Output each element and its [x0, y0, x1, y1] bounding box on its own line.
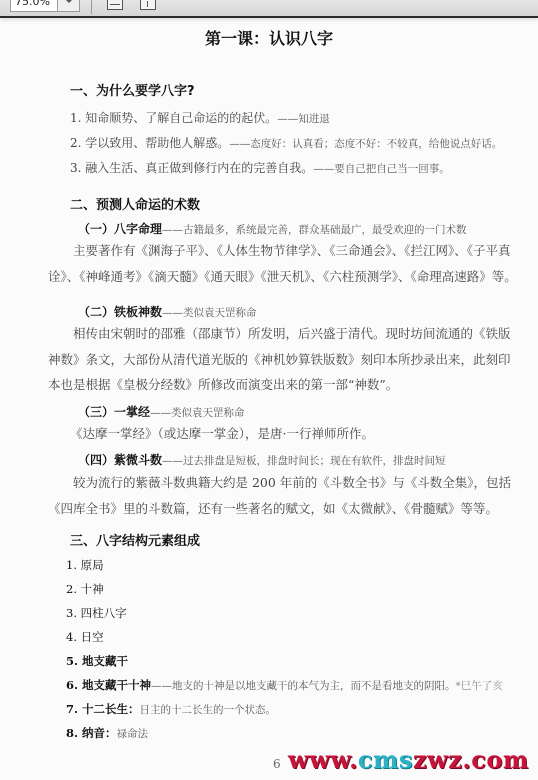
element-item-1: 1. 原局	[66, 557, 104, 573]
subsection-name: （四）紫微斗数	[78, 453, 162, 467]
element-label: 4. 日空	[66, 630, 104, 644]
subsection-body-2: 相传由宋朝时的邵雅（邵康节）所发明，后兴盛于清代。现时坊间流通的《铁版神数》条文…	[48, 321, 522, 398]
subsection-name: （三）一掌经	[78, 405, 150, 419]
element-label: 6. 地支藏干十神	[66, 678, 151, 692]
element-label: 8. 纳音：	[66, 726, 117, 740]
element-label: 7. 十二长生：	[66, 702, 140, 716]
fit-width-icon[interactable]	[107, 0, 123, 10]
fit-page-icon[interactable]	[140, 0, 156, 10]
element-label: 1. 原局	[66, 558, 104, 572]
page-number: 6	[273, 757, 281, 771]
element-desc: 禄命法	[117, 728, 149, 740]
reason-text: 1. 知命顺势、了解自己命运的的起伏。	[70, 111, 277, 125]
element-item-3: 3. 四柱八字	[66, 605, 127, 621]
element-label: 2. 十神	[66, 582, 104, 596]
element-desc: 日主的十二长生的一个状态。	[140, 704, 277, 716]
reason-note: ——态度好：认真看；态度不好：不较真，给他说点好话。	[229, 138, 502, 150]
pdf-toolbar: 75.0%	[0, 0, 538, 18]
subsection-body-1: 主要著作有《渊海子平》、《人体生物节律学》、《三命通会》、《拦江网》、《子平真诠…	[48, 238, 522, 289]
subsection-note: ——古籍最多，系统最完善，群众基础最广，最受欢迎的一门术数	[162, 224, 467, 236]
element-desc-faint: *巳午了亥	[456, 680, 503, 692]
reason-text: 3. 融入生活、真正做到修行内在的完善自我。	[70, 161, 313, 175]
section-heading-3: 三、八字结构元素组成	[70, 530, 200, 549]
page-title: 第一课：认识八字	[0, 26, 538, 49]
watermark-suffix: zwz.com	[413, 745, 529, 774]
subsection-body-4: 较为流行的紫薇斗数典籍大约是 200 年前的《斗数全书》与《斗数全集》，包括《四…	[48, 470, 522, 521]
toolbar-separator	[91, 0, 92, 14]
subsection-body-3: 《达摩一掌经》（或达摩一掌金），是唐·一行禅师所作。	[70, 421, 522, 447]
reason-item-1: 1. 知命顺势、了解自己命运的的起伏。——知进退	[70, 109, 330, 126]
document-page: 第一课：认识八字 一、为什么要学八字? 1. 知命顺势、了解自己命运的的起伏。—…	[0, 18, 538, 780]
element-label: 5. 地支藏干	[66, 654, 128, 668]
subsection-title-1: （一）八字命理——古籍最多，系统最完善，群众基础最广，最受欢迎的一门术数	[78, 220, 467, 237]
watermark-prefix: www.	[288, 745, 358, 774]
element-item-2: 2. 十神	[66, 581, 104, 597]
reason-item-3: 3. 融入生活、真正做到修行内在的完善自我。——要自己把自己当一回事。	[70, 159, 450, 176]
subsection-name: （二）铁板神数	[78, 305, 162, 319]
element-item-5: 5. 地支藏干	[66, 653, 128, 669]
zoom-level-input[interactable]: 75.0%	[10, 0, 58, 12]
element-desc: ——地支的十神是以地支藏干的本气为主，而不是看地支的阴阳。	[151, 680, 456, 692]
section-heading-2: 二、预测人命运的术数	[70, 194, 200, 213]
zoom-dropdown-button[interactable]	[58, 0, 80, 12]
element-item-4: 4. 日空	[66, 629, 104, 645]
subsection-note: ——类似袁天罡称命	[162, 307, 257, 319]
subsection-title-4: （四）紫微斗数——过去排盘是短板，排盘时间长；现在有软件，排盘时间短	[78, 451, 446, 468]
reason-note: ——知进退	[277, 113, 330, 125]
reason-text: 2. 学以致用、帮助他人解惑。	[70, 136, 229, 150]
reason-item-2: 2. 学以致用、帮助他人解惑。——态度好：认真看；态度不好：不较真，给他说点好话…	[70, 134, 502, 151]
element-item-7: 7. 十二长生：日主的十二长生的一个状态。	[66, 701, 276, 717]
subsection-title-2: （二）铁板神数——类似袁天罡称命	[78, 303, 257, 320]
reason-note: ——要自己把自己当一回事。	[313, 163, 450, 175]
subsection-note: ——类似袁天罡称命	[150, 407, 245, 419]
subsection-note: ——过去排盘是短板，排盘时间长；现在有软件，排盘时间短	[162, 455, 446, 467]
watermark-middle: cms	[358, 745, 413, 774]
section-heading-1: 一、为什么要学八字?	[70, 80, 195, 99]
subsection-name: （一）八字命理	[78, 222, 162, 236]
element-label: 3. 四柱八字	[66, 606, 127, 620]
element-item-8: 8. 纳音：禄命法	[66, 725, 148, 741]
subsection-title-3: （三）一掌经——类似袁天罡称命	[78, 403, 245, 420]
element-item-6: 6. 地支藏干十神——地支的十神是以地支藏干的本气为主，而不是看地支的阴阳。*巳…	[66, 677, 503, 693]
site-watermark: www.cmszwz.com	[288, 745, 529, 774]
